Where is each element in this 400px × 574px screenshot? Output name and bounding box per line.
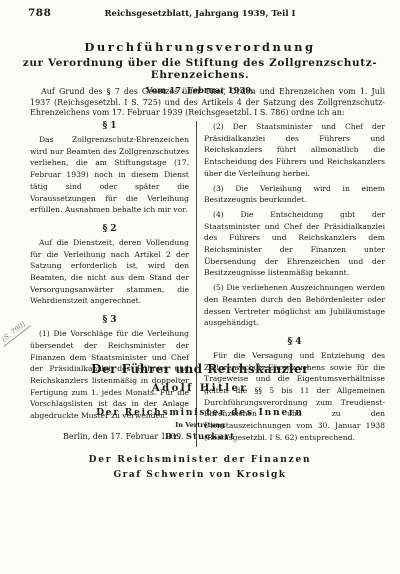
section-3-clause-4: (4) Die Entscheidung gibt der Staatsmini… <box>204 209 385 279</box>
signature-block: Der Führer und Reichskanzler Adolf Hitle… <box>0 362 400 480</box>
handwritten-margin-note: (S. 790) <box>0 318 31 347</box>
signatory-group-finance: Der Reichsminister der Finanzen Graf Sch… <box>0 455 400 480</box>
section-1-heading: § 1 <box>30 121 189 131</box>
signatory-title-finance: Der Reichsminister der Finanzen <box>0 455 400 465</box>
signatory-title-interior: Der Reichsminister des Innern <box>0 408 400 418</box>
section-4-heading: § 4 <box>204 337 385 347</box>
section-2-text: Auf die Dienstzeit, deren Vollendung für… <box>30 237 189 307</box>
preamble-paragraph: Auf Grund des § 7 des Gesetzes über Tite… <box>30 87 385 119</box>
section-1-text: Das Zollgrenzschutz-Ehrenzeichen wird nu… <box>30 134 189 216</box>
section-3-heading: § 3 <box>30 315 189 325</box>
signatory-group-interior: Der Reichsminister des Innern In Vertret… <box>0 408 400 442</box>
signatory-name-hitler: Adolf Hitler <box>0 383 400 394</box>
document-title: Durchführungsverordnung <box>0 40 400 54</box>
signatory-name-krosigk: Graf Schwerin von Krosigk <box>0 470 400 480</box>
scanned-document-page: 788 Reichsgesetzblatt, Jahrgang 1939, Te… <box>0 0 400 574</box>
section-3-clause-3: (3) Die Verleihung wird in einem Besitzz… <box>204 183 385 206</box>
signatory-name-stuckart: Dr. Stuckart <box>0 432 400 442</box>
document-subtitle: zur Verordnung über die Stiftung des Zol… <box>0 57 400 81</box>
running-head: Reichsgesetzblatt, Jahrgang 1939, Teil I <box>0 9 400 19</box>
signatory-deputy-note: In Vertretung <box>0 421 400 429</box>
section-3-clause-2: (2) Der Staatsminister und Chef der Präs… <box>204 121 385 180</box>
page-header: 788 Reichsgesetzblatt, Jahrgang 1939, Te… <box>0 7 400 23</box>
signatory-title-fuehrer: Der Führer und Reichskanzler <box>0 362 400 376</box>
section-3-clause-5: (5) Die verliehenen Auszeichnungen werde… <box>204 282 385 329</box>
section-2-heading: § 2 <box>30 224 189 234</box>
